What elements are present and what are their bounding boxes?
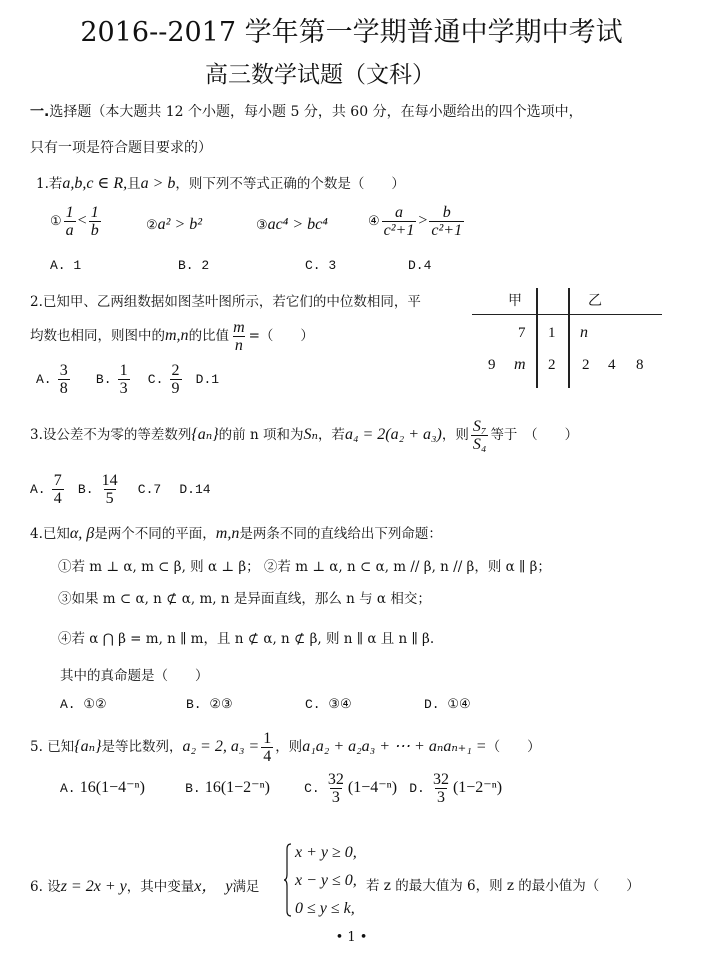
- option-value: 7: [153, 482, 161, 497]
- q5-options: A. 16(1−4⁻ⁿ) B. 16(1−2⁻ⁿ) C. 323(1−4⁻ⁿ) …: [60, 771, 502, 806]
- numerator: 14: [100, 472, 120, 489]
- stem-text: ，则: [442, 427, 469, 443]
- numerator: m: [231, 319, 247, 336]
- denominator: 3: [330, 788, 342, 806]
- denominator: 3: [435, 788, 447, 806]
- stem-text: ，则下列不等式正确的个数是（ ）: [175, 176, 405, 192]
- section-heading: 一.选择题（本大题共 12 个小题，每小题 5 分，共 60 分，在每小题给出的…: [30, 101, 583, 121]
- constraint-1: x + y ≥ 0,: [295, 844, 357, 862]
- stem-text: 是等比数列，: [101, 739, 182, 755]
- leaf-left: m: [514, 356, 526, 374]
- question-number: 2.: [30, 294, 43, 310]
- operator: >: [418, 212, 427, 229]
- question-number: 5.: [30, 739, 43, 755]
- stem-math: a₄ = 2(a₂ + a₃): [345, 426, 442, 443]
- option-label: D.: [409, 781, 425, 796]
- statement-math: a² > b²: [158, 216, 202, 233]
- numerator: S₇: [471, 418, 489, 435]
- leaf-left: 7: [518, 325, 526, 342]
- denominator: 5: [104, 489, 116, 507]
- question-number: 4.: [30, 526, 43, 542]
- stem-math: Sₙ: [303, 426, 317, 443]
- stem-math: m,n: [165, 327, 189, 344]
- stem-text: ，若: [318, 427, 345, 443]
- stem-leaf-vertical-line-left: [536, 288, 538, 388]
- stem-leaf-horizontal-line: [472, 314, 662, 315]
- option-label: B.: [185, 781, 201, 796]
- circled-number: ③: [256, 218, 268, 233]
- denominator: n: [233, 336, 245, 354]
- question-4-prop-4: ④若 α ⋂ β = m, n ∥ m，且 n ⊄ α, n ⊄ β, 则 n …: [58, 627, 434, 647]
- stem-text: ，其中变量: [127, 879, 195, 895]
- denominator: 3: [118, 379, 130, 397]
- stem-math: {aₙ}: [74, 738, 101, 755]
- question-4-prop-3: ③如果 m ⊂ α, n ⊄ α, m, n 是异面直线，那么 n 与 α 相交…: [58, 587, 431, 607]
- stem-math: a,b,c ∈ R,: [62, 175, 127, 192]
- q4-option-d: D. ①④: [424, 697, 471, 712]
- stem-text: 的前 n 项和为: [219, 427, 304, 443]
- stem-math: a > b: [141, 175, 176, 192]
- denominator: c²+1: [382, 221, 417, 239]
- q1-option-d: D.4: [408, 258, 431, 273]
- numerator: 32: [326, 771, 346, 788]
- section-text-line1: 选择题（本大题共 12 个小题，每小题 5 分，共 60 分，在每小题给出的四个…: [49, 104, 582, 120]
- option-label: D.: [179, 482, 195, 497]
- q1-option-c: C. 3: [305, 258, 336, 273]
- leaf-left: 9: [488, 357, 496, 374]
- question-1-stem: 1.若a,b,c ∈ R,且a > b，则下列不等式正确的个数是（ ）: [36, 172, 405, 193]
- q2-options: A. 38 B. 13 C. 29 D.1: [36, 362, 219, 397]
- question-number: 3.: [30, 427, 43, 443]
- option-label: C.: [148, 372, 164, 387]
- option-value: 16(1−2⁻ⁿ): [205, 779, 270, 796]
- leaf-right: 8: [636, 357, 644, 374]
- option-label: A.: [36, 372, 52, 387]
- stem-math: α, β: [70, 525, 94, 542]
- numerator: b: [441, 204, 453, 221]
- option-value: 14: [195, 482, 211, 497]
- option-label: B.: [96, 372, 112, 387]
- stem-math: m,n: [216, 525, 240, 542]
- stem-text: 是两个不同的平面，: [94, 526, 216, 542]
- option-value: (1−4⁻ⁿ): [348, 779, 397, 796]
- leaf-right: 2: [582, 357, 590, 374]
- brace-icon: [284, 843, 292, 917]
- question-6-stem-right: 若 z 的最大值为 6，则 z 的最小值为（ ）: [366, 874, 640, 894]
- denominator: S₄: [471, 435, 489, 453]
- section-number: 一.: [30, 104, 49, 120]
- denominator: b: [89, 221, 101, 239]
- question-1-statement-2: ②a² > b²: [146, 216, 202, 234]
- q4-option-a: A. ①②: [60, 697, 107, 712]
- stem-text: 已知: [43, 526, 70, 542]
- operator: <: [78, 212, 87, 229]
- question-number: 1.: [36, 176, 49, 192]
- q4-option-b: B. ②③: [186, 697, 233, 712]
- option-label: B.: [78, 482, 94, 497]
- option-value: 1: [211, 372, 219, 387]
- stem-text: 已知: [47, 739, 74, 755]
- option-label: A.: [60, 781, 76, 796]
- stem-math: x， y: [194, 878, 232, 895]
- leaf-right: n: [580, 324, 588, 342]
- denominator: 9: [170, 379, 182, 397]
- stem-text: 均数也相同，则图中的: [30, 328, 165, 344]
- stem-text: 设: [47, 879, 61, 895]
- q1-option-b: B. 2: [178, 258, 209, 273]
- numerator: 1: [118, 362, 130, 379]
- numerator: 1: [64, 204, 76, 221]
- option-label: C.: [138, 482, 154, 497]
- stem-text: 设公差不为零的等差数列: [43, 427, 192, 443]
- numerator: 32: [431, 771, 451, 788]
- stem-leaf-header-left: 甲: [508, 290, 522, 310]
- stem-text: =（ ）: [249, 328, 314, 344]
- question-2-stem-line1: 2.已知甲、乙两组数据如图茎叶图所示，若它们的中位数相同，平: [30, 290, 421, 310]
- numerator: 1: [89, 204, 101, 221]
- question-4-ask: 其中的真命题是（ ）: [60, 664, 209, 684]
- leaf-right: 4: [608, 357, 616, 374]
- option-label: D.: [196, 372, 212, 387]
- stem-leaf-plot: 甲 乙 7 1 n 9 m 2 2 4 8: [470, 284, 680, 389]
- option-value: 16(1−4⁻ⁿ): [80, 779, 145, 796]
- denominator: 4: [261, 747, 273, 765]
- question-1-statement-4: ④ac²+1>bc²+1: [368, 204, 466, 239]
- numerator: 1: [261, 730, 273, 747]
- q1-option-a: A. 1: [50, 258, 81, 273]
- denominator: a: [64, 221, 76, 239]
- denominator: c²+1: [429, 221, 464, 239]
- circled-number: ④: [368, 214, 380, 229]
- stem-leaf-header-right: 乙: [588, 290, 602, 310]
- stem-math: {aₙ}: [191, 426, 218, 443]
- option-label: C.: [304, 781, 320, 796]
- question-3-stem: 3.设公差不为零的等差数列{aₙ}的前 n 项和为Sₙ，若a₄ = 2(a₂ +…: [30, 418, 578, 453]
- numerator: 7: [52, 472, 64, 489]
- option-value: (1−2⁻ⁿ): [453, 779, 502, 796]
- stem-math: z = 2x + y: [61, 878, 127, 895]
- stem-math: a₂ = 2, a₃ =: [182, 738, 259, 755]
- q4-option-c: C. ③④: [305, 697, 352, 712]
- stem-text: 且: [127, 176, 141, 192]
- denominator: 8: [58, 379, 70, 397]
- question-4-prop-1-2: ①若 m ⊥ α, m ⊂ β, 则 α ⊥ β； ②若 m ⊥ α, n ⊂ …: [58, 555, 551, 575]
- circled-number: ①: [50, 214, 62, 229]
- question-1-statement-3: ③ac⁴ > bc⁴: [256, 216, 328, 234]
- question-5-stem: 5. 已知{aₙ}是等比数列，a₂ = 2, a₃ =14，则a₁a₂ + a₂…: [30, 730, 541, 765]
- question-6-stem-left: 6. 设z = 2x + y，其中变量x， y满足: [30, 873, 259, 896]
- constraint-3: 0 ≤ y ≤ k,: [295, 900, 355, 918]
- stem-text: ，则: [275, 739, 302, 755]
- numerator: a: [393, 204, 405, 221]
- option-label: A.: [30, 482, 46, 497]
- numerator: 3: [58, 362, 70, 379]
- stem-text: 若: [49, 176, 63, 192]
- question-2-stem-line2: 均数也相同，则图中的m,n的比值mn=（ ）: [30, 319, 314, 354]
- stem-text: （ ）: [487, 739, 541, 755]
- statement-math: ac⁴ > bc⁴: [268, 216, 328, 233]
- question-4-stem: 4.已知α, β是两个不同的平面，m,n是两条不同的直线给出下列命题：: [30, 522, 442, 543]
- stem-text: 的比值: [189, 328, 230, 344]
- circled-number: ②: [146, 218, 158, 233]
- q3-options: A. 74 B. 145 C.7 D.14: [30, 472, 211, 507]
- exam-subtitle: 高三数学试题（文科）: [205, 56, 435, 89]
- constraint-2: x − y ≤ 0,: [295, 872, 357, 890]
- exam-title: 2016--2017 学年第一学期普通中学期中考试: [0, 10, 703, 49]
- question-1-statement-1: ①1a<1b: [50, 204, 103, 239]
- denominator: 4: [52, 489, 64, 507]
- stem-text: 已知甲、乙两组数据如图茎叶图所示，若它们的中位数相同，平: [43, 294, 421, 310]
- stem-leaf-vertical-line-right: [568, 288, 570, 388]
- page-number: • 1 •: [0, 930, 703, 945]
- stem-text: 是两条不同的直线给出下列命题：: [239, 526, 442, 542]
- stem-math: a₁a₂ + a₂a₃ + ⋯ + aₙaₙ₊₁ =: [302, 738, 486, 755]
- stem-text: 等于 （ ）: [490, 427, 578, 443]
- stem-value: 1: [548, 325, 556, 342]
- stem-value: 2: [548, 357, 556, 374]
- section-text-line2: 只有一项是符合题目要求的）: [30, 137, 212, 157]
- stem-text: 满足: [232, 879, 259, 895]
- numerator: 2: [170, 362, 182, 379]
- question-number: 6.: [30, 879, 43, 895]
